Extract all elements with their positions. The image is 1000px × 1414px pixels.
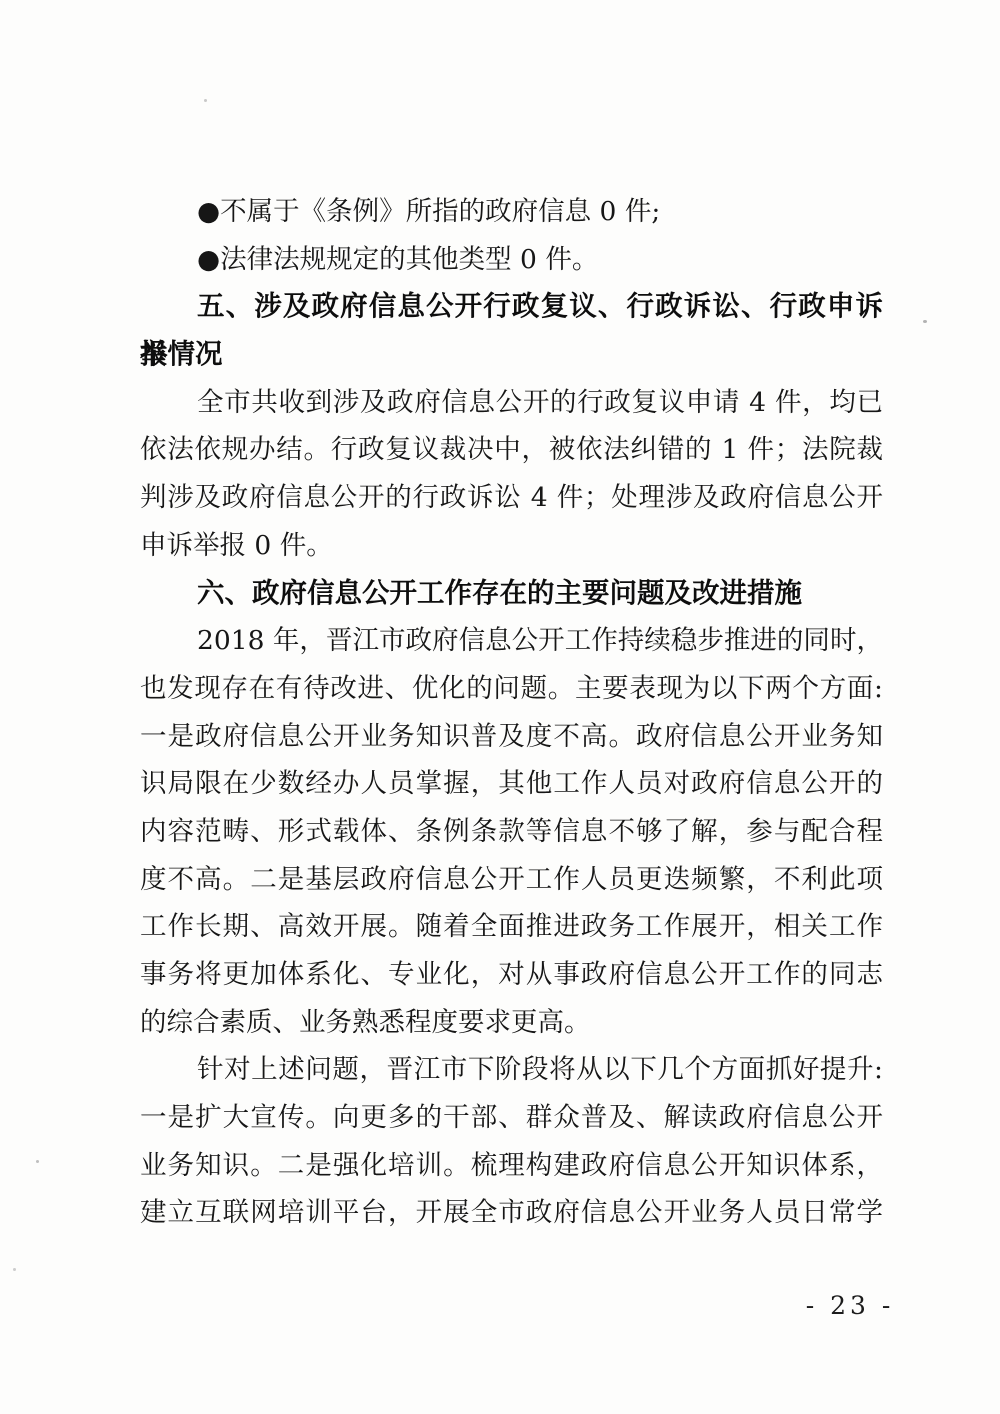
scan-speck <box>36 1160 39 1163</box>
section-heading-line: 六、政府信息公开工作存在的主要问题及改进措施 <box>140 570 883 618</box>
paragraph-line: 也发现存在有待改进、优化的问题。主要表现为以下两个方面: <box>140 665 883 713</box>
bullet-item-line: ●不属于《条例》所指的政府信息 0 件; <box>140 188 883 236</box>
paragraph-line: 建立互联网培训平台，开展全市政府信息公开业务人员日常学 <box>140 1189 883 1237</box>
paragraph-line: 申诉举报 0 件。 <box>140 522 883 570</box>
paragraph-line: 判涉及政府信息公开的行政诉讼 4 件；处理涉及政府信息公开 <box>140 474 883 522</box>
document-page: ●不属于《条例》所指的政府信息 0 件;●法律法规规定的其他类型 0 件。五、涉… <box>0 0 1000 1414</box>
paragraph-line: 2018 年，晋江市政府信息公开工作持续稳步推进的同时， <box>140 617 883 665</box>
paragraph-line: 依法依规办结。行政复议裁决中，被依法纠错的 1 件；法院裁 <box>140 426 883 474</box>
paragraph-line: 度不高。二是基层政府信息公开工作人员更迭频繁，不利此项 <box>140 856 883 904</box>
paragraph-line: 针对上述问题，晋江市下阶段将从以下几个方面抓好提升: <box>140 1046 883 1094</box>
page-number: - 23 - <box>790 1288 910 1324</box>
paragraph-line: 全市共收到涉及政府信息公开的行政复议申请 4 件，均已 <box>140 379 883 427</box>
paragraph-line: 内容范畴、形式载体、条例条款等信息不够了解，参与配合程 <box>140 808 883 856</box>
bullet-item-line: ●法律法规规定的其他类型 0 件。 <box>140 236 883 284</box>
paragraph-line: 识局限在少数经办人员掌握，其他工作人员对政府信息公开的 <box>140 760 883 808</box>
paragraph-line: 业务知识。二是强化培训。梳理构建政府信息公开知识体系， <box>140 1142 883 1190</box>
paragraph-line: 事务将更加体系化、专业化，对从事政府信息公开工作的同志 <box>140 951 883 999</box>
paragraph-line: 一是扩大宣传。向更多的干部、群众普及、解读政府信息公开 <box>140 1094 883 1142</box>
scan-speck <box>923 320 927 323</box>
section-heading-line: 报情况 <box>140 331 883 379</box>
paragraph-line: 的综合素质、业务熟悉程度要求更高。 <box>140 999 883 1047</box>
scan-speck <box>204 99 207 102</box>
section-heading-line: 五、涉及政府信息公开行政复议、行政诉讼、行政申诉举 <box>140 283 883 331</box>
paragraph-line: 工作长期、高效开展。随着全面推进政务工作展开，相关工作 <box>140 903 883 951</box>
paragraph-line: 一是政府信息公开业务知识普及度不高。政府信息公开业务知 <box>140 713 883 761</box>
scan-speck <box>13 1268 16 1271</box>
document-body: ●不属于《条例》所指的政府信息 0 件;●法律法规规定的其他类型 0 件。五、涉… <box>140 188 883 1237</box>
